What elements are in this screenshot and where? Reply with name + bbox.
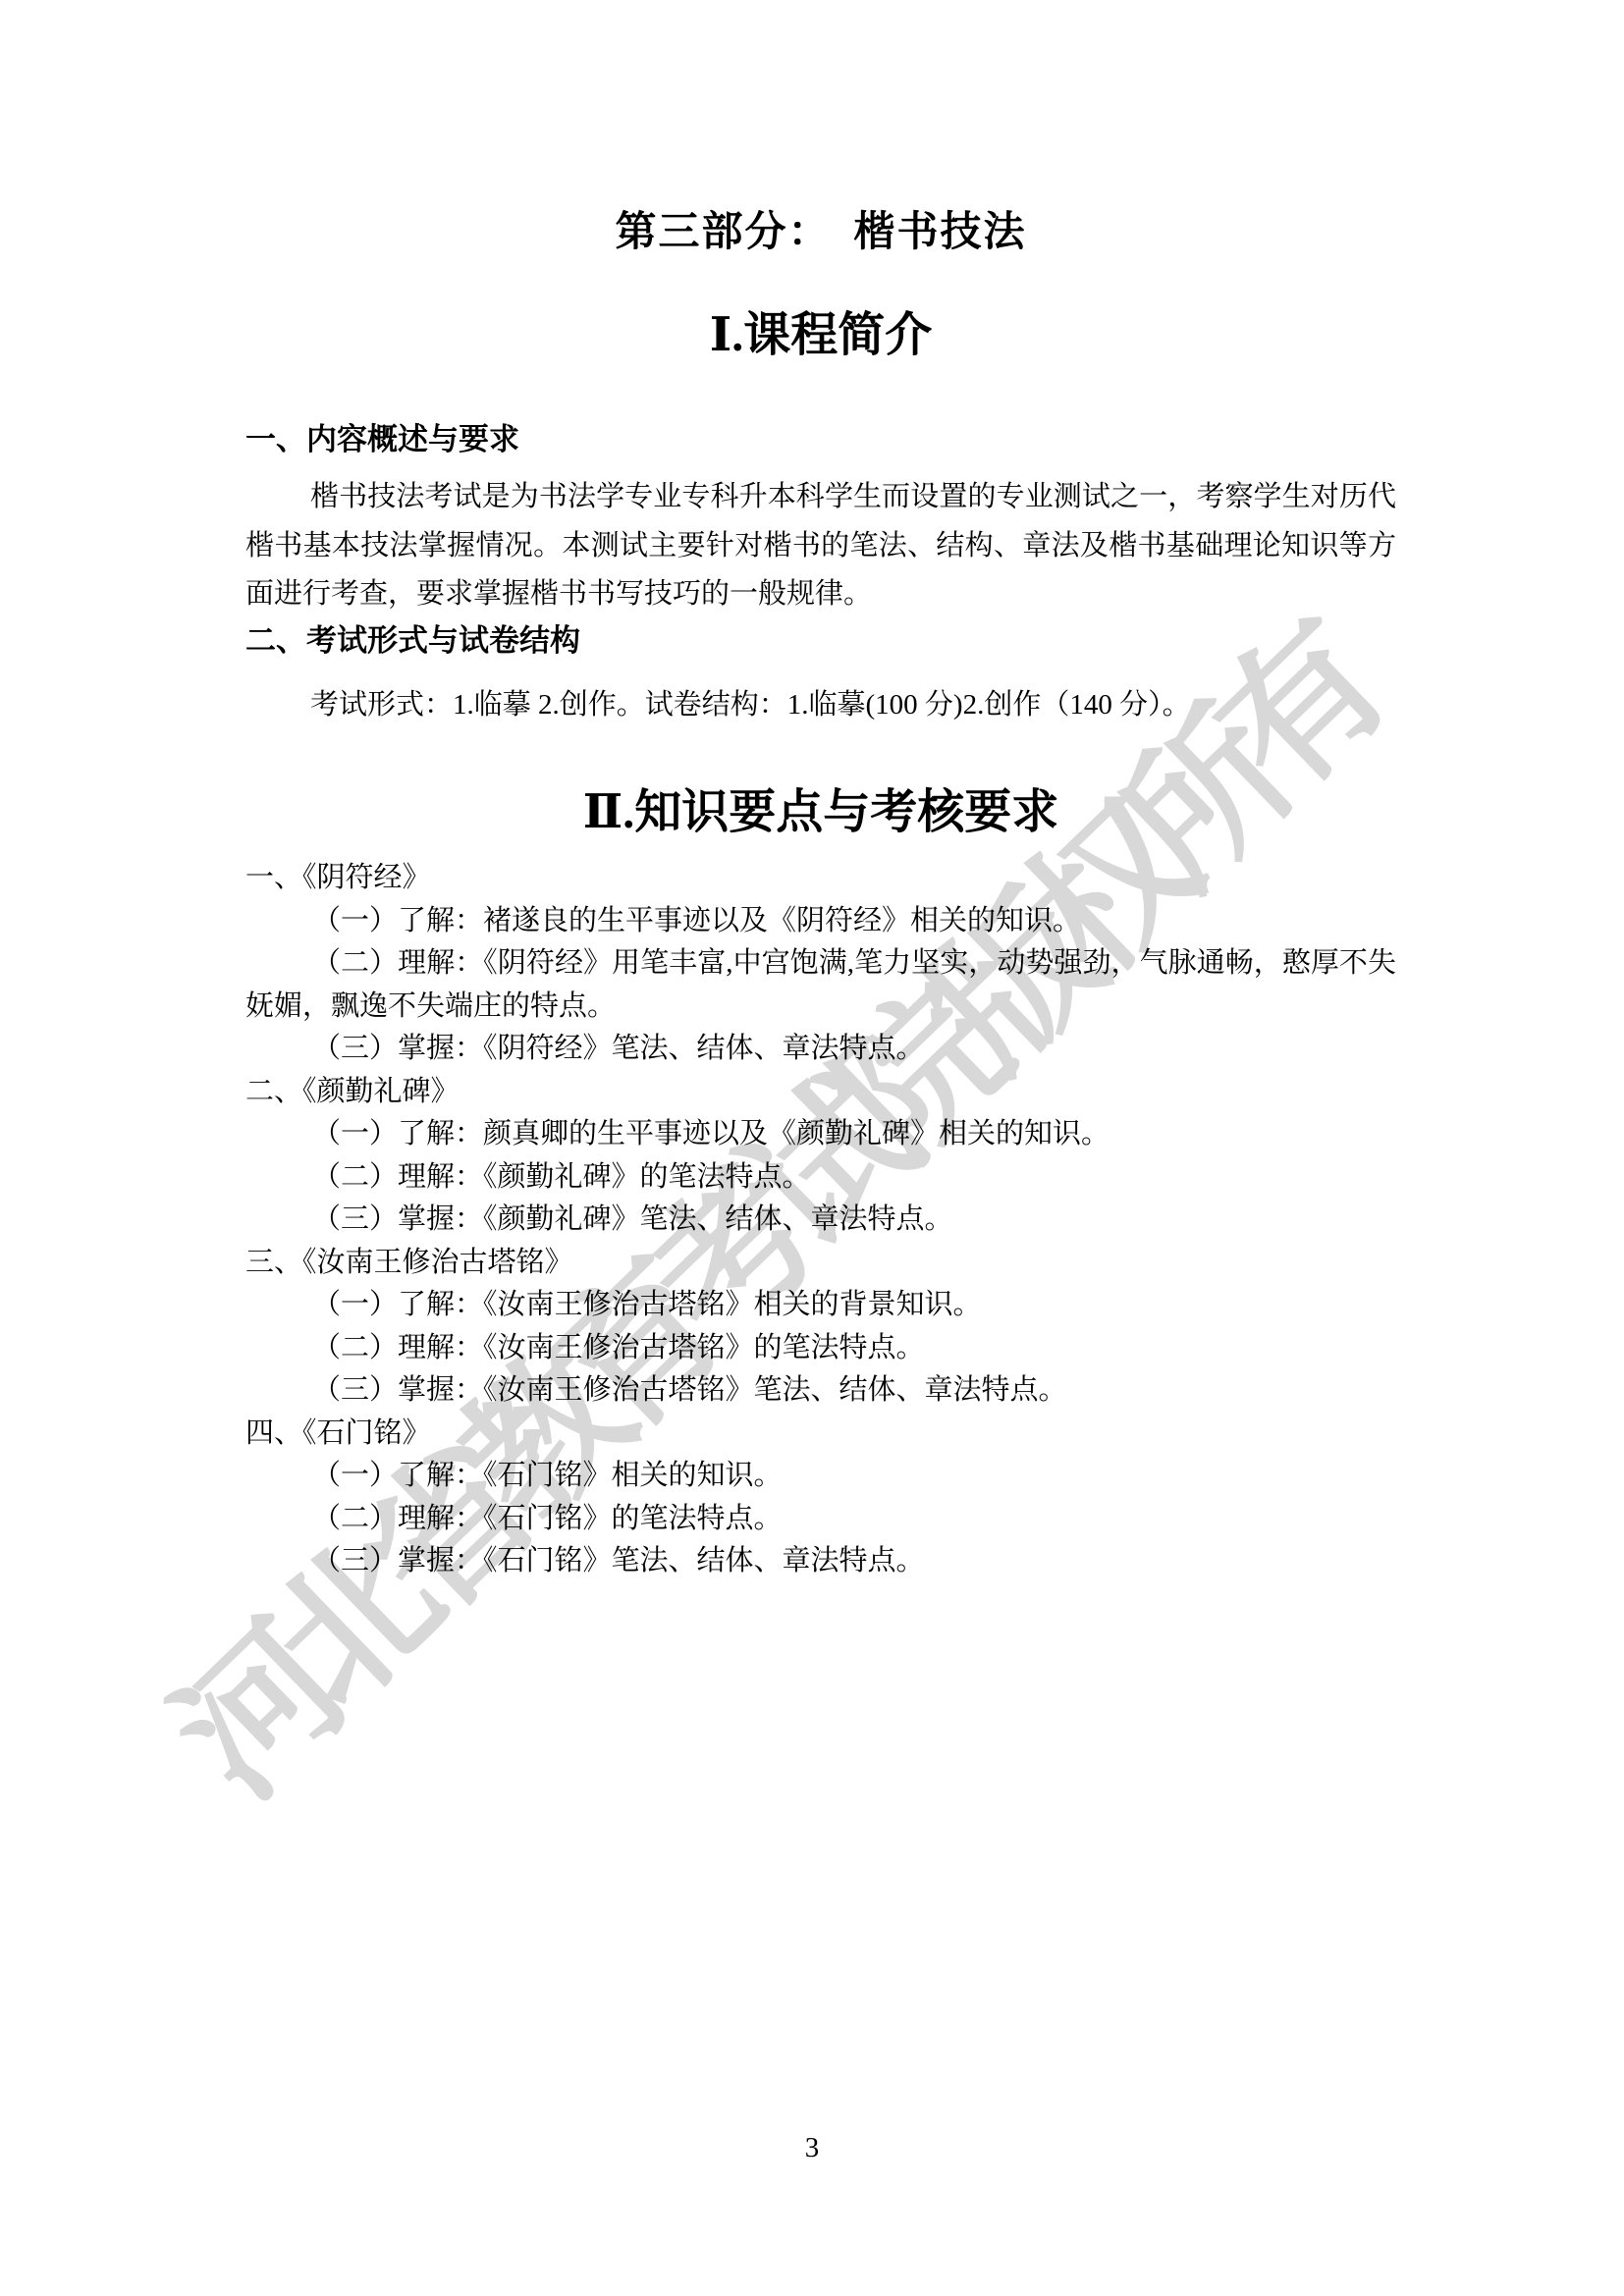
list-item-point: （一）了解：褚遂良的生平事迹以及《阴符经》相关的知识。	[245, 900, 1396, 943]
page-number: 3	[0, 2132, 1624, 2164]
sub-heading-content-overview: 一、内容概述与要求	[245, 420, 1396, 459]
knowledge-point-list: 一、《阴符经》 （一）了解：褚遂良的生平事迹以及《阴符经》相关的知识。 （二）理…	[245, 857, 1396, 1583]
list-item-point: （三）掌握：《石门铭》笔法、结体、章法特点。	[245, 1540, 1396, 1583]
list-item-point: （三）掌握：《颜勤礼碑》笔法、结体、章法特点。	[245, 1199, 1396, 1242]
list-item-point: （一）了解：《汝南王修治古塔铭》相关的背景知识。	[245, 1284, 1396, 1327]
section-heading-course-intro: Ⅰ.课程简介	[245, 306, 1396, 365]
list-item-point: （三）掌握：《阴符经》笔法、结体、章法特点。	[245, 1028, 1396, 1071]
exam-format-line: 考试形式：1.临摹 2.创作。试卷结构：1.临摹(100 分)2.创作（140 …	[245, 687, 1396, 722]
list-item-point: （二）理解：《颜勤礼碑》的笔法特点。	[245, 1156, 1396, 1200]
section-heading-knowledge-points: Ⅱ.知识要点与考核要求	[245, 783, 1396, 842]
list-item-point: （二）理解：《阴符经》用笔丰富,中宫饱满,笔力坚实，动势强劲，气脉通畅，憨厚不失…	[245, 942, 1396, 1028]
list-item-title: 一、《阴符经》	[245, 857, 1396, 900]
list-item-title: 二、《颜勤礼碑》	[245, 1071, 1396, 1114]
list-item-title: 四、《石门铭》	[245, 1413, 1396, 1456]
list-item-point: （三）掌握：《汝南王修治古塔铭》笔法、结体、章法特点。	[245, 1369, 1396, 1413]
overview-paragraph: 楷书技法考试是为书法学专业专科升本科学生而设置的专业测试之一，考察学生对历代楷书…	[245, 473, 1396, 619]
list-item-point: （一）了解：颜真卿的生平事迹以及《颜勤礼碑》相关的知识。	[245, 1113, 1396, 1156]
list-item-point: （二）理解：《汝南王修治古塔铭》的笔法特点。	[245, 1327, 1396, 1370]
document-page: { "page": { "watermark": "河北省教育考试院版权所有",…	[0, 0, 1624, 2296]
sub-heading-exam-format: 二、考试形式与试卷结构	[245, 621, 1396, 661]
list-item-title: 三、《汝南王修治古塔铭》	[245, 1242, 1396, 1285]
part-title: 第三部分： 楷书技法	[245, 206, 1396, 259]
list-item-point: （一）了解：《石门铭》相关的知识。	[245, 1455, 1396, 1498]
list-item-point: （二）理解：《石门铭》的笔法特点。	[245, 1498, 1396, 1541]
